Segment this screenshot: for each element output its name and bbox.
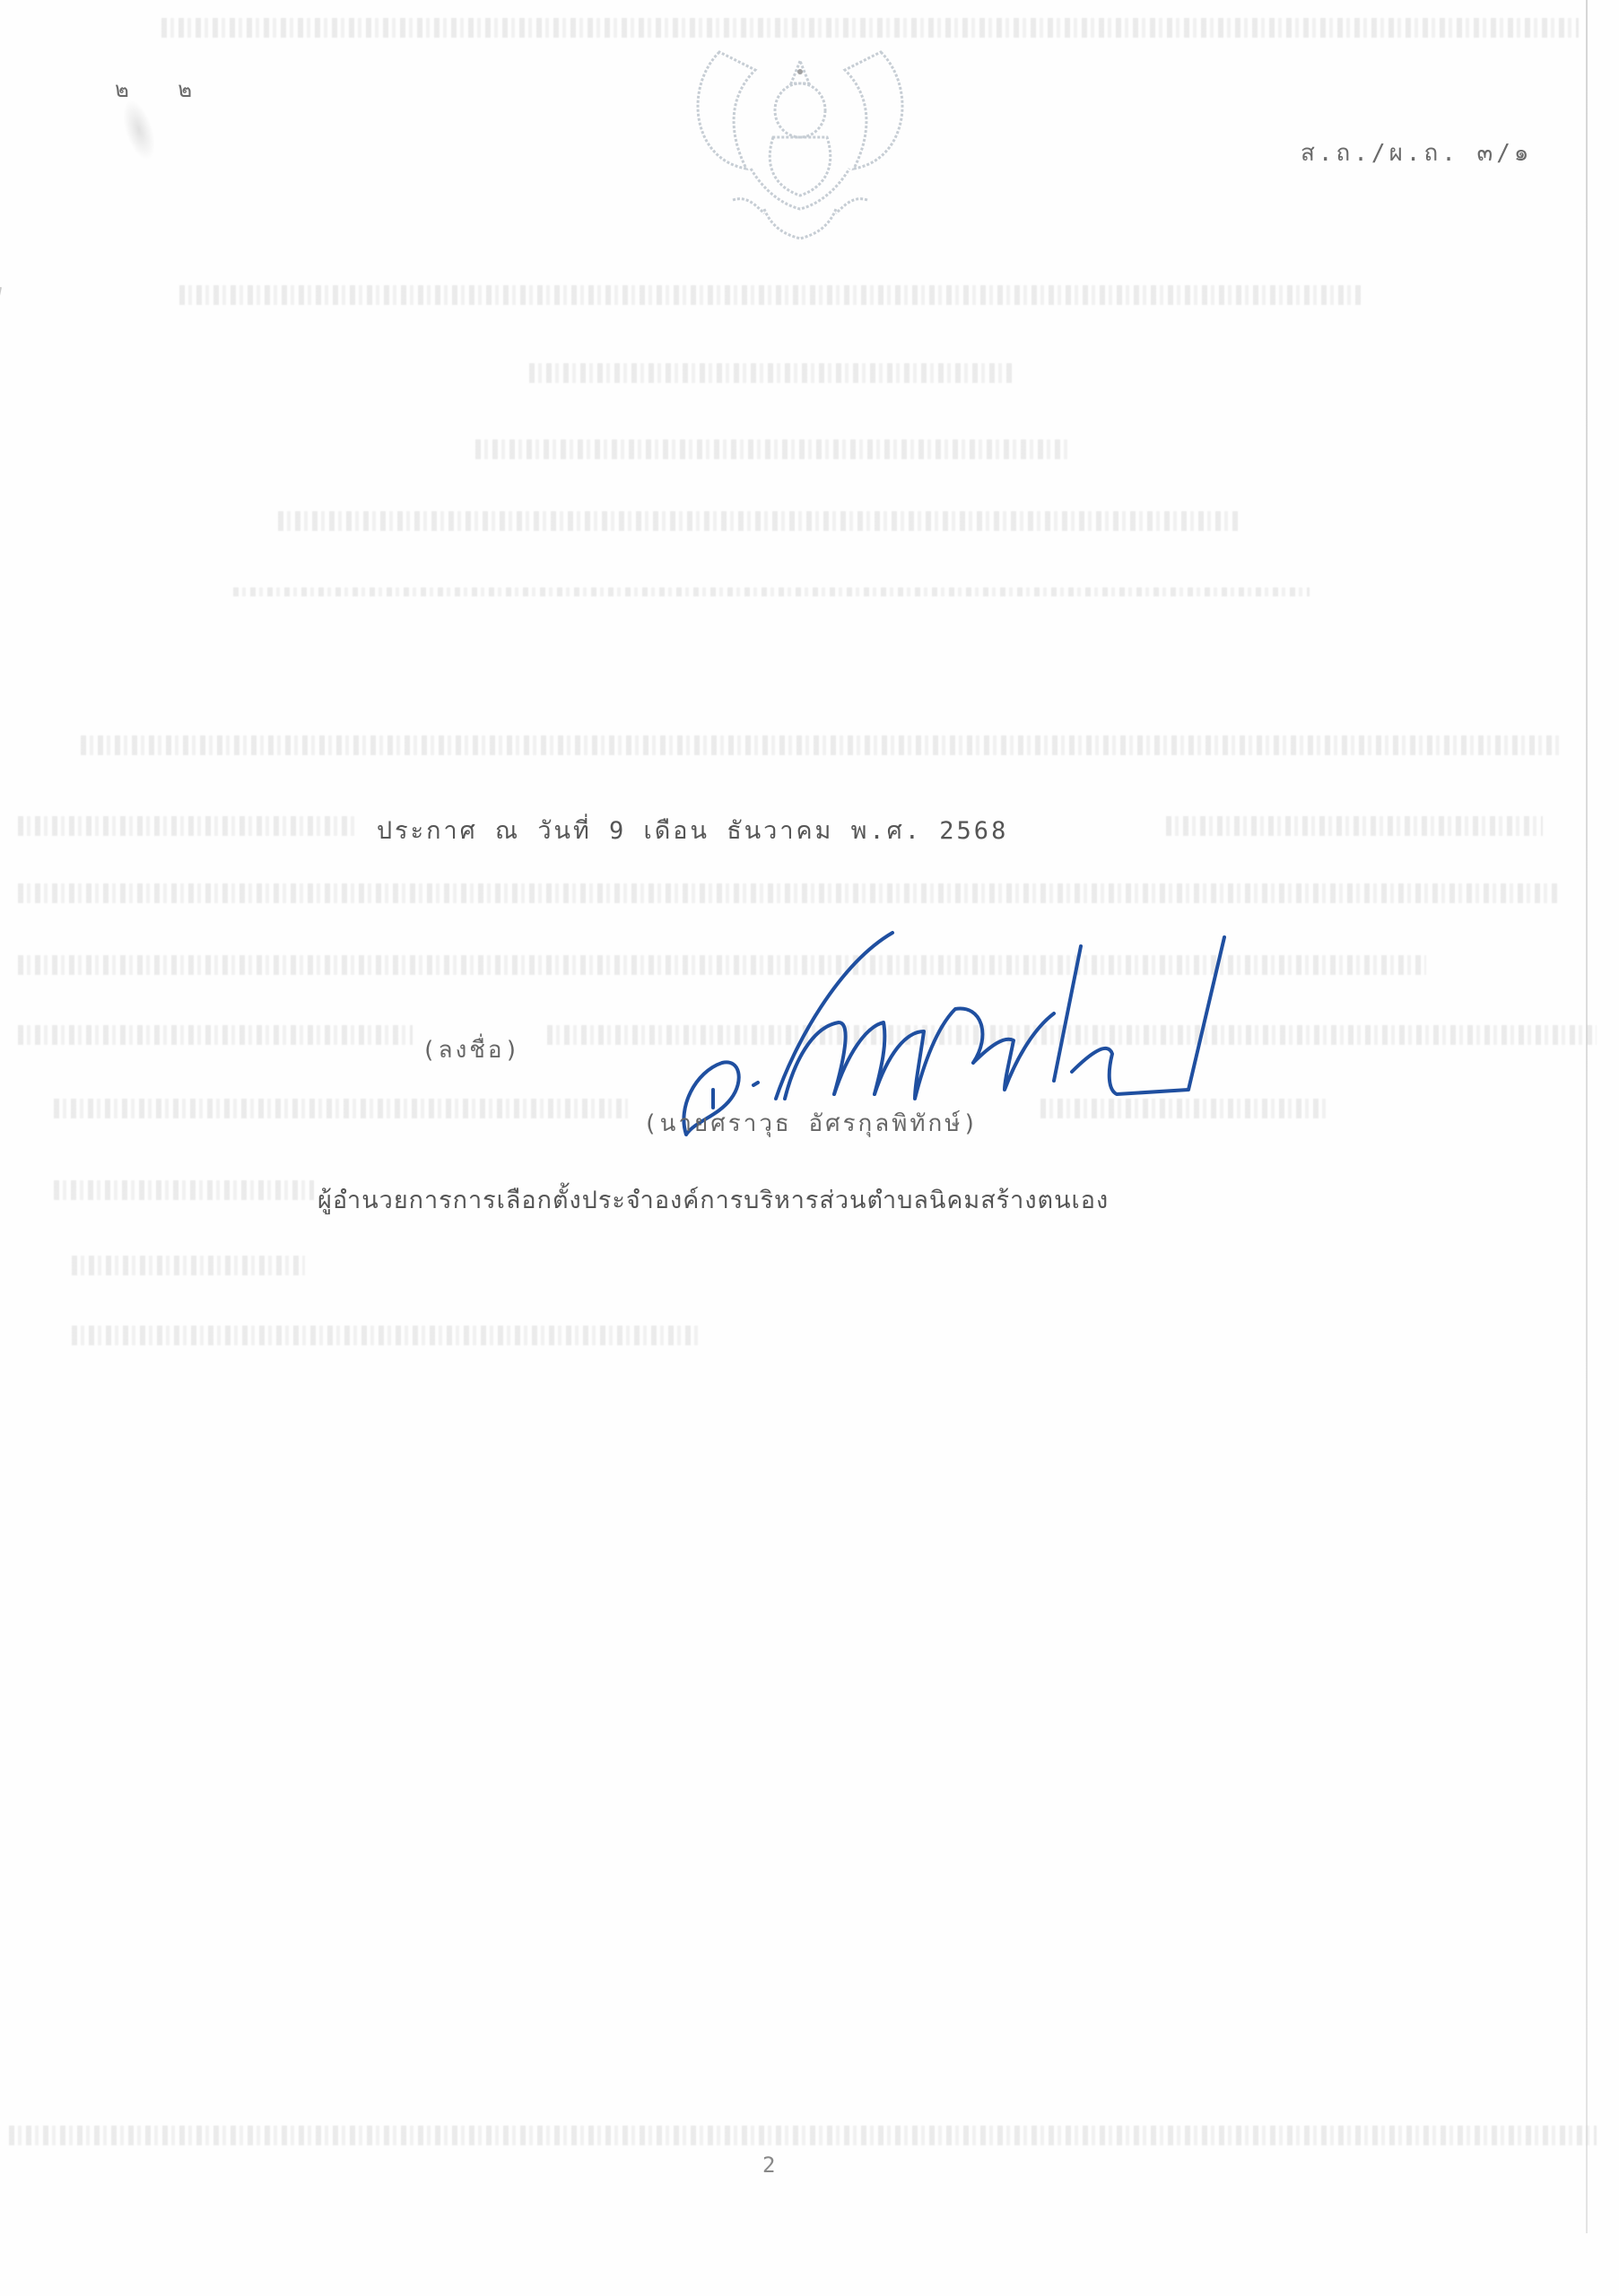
bleed-text-row xyxy=(72,1256,305,1275)
bleed-text-row xyxy=(54,1099,628,1118)
signer-position: ผู้อำนวยการการเลือกตั้งประจำองค์การบริหา… xyxy=(318,1180,1109,1219)
bleed-text-row xyxy=(278,511,1238,531)
bleed-text-row xyxy=(475,439,1067,459)
document-page: ๒ ๒ ส.ถ./ผ.ถ. ๓/๑ ประกาศ ณ วันที่ 9 เดือ… xyxy=(0,0,1619,2296)
page-number-top: ๒ ๒ xyxy=(115,72,210,107)
page-number-bottom: 2 xyxy=(762,2152,775,2178)
form-code: ส.ถ./ผ.ถ. ๓/๑ xyxy=(1301,135,1532,171)
bleed-text-row xyxy=(18,1025,413,1045)
bleed-text-row xyxy=(81,735,1561,755)
fold-line xyxy=(0,287,2,437)
bleed-text-row xyxy=(179,285,1363,305)
scan-edge xyxy=(1586,0,1588,2233)
bleed-text-row xyxy=(233,587,1310,596)
bleed-text-row xyxy=(72,1326,700,1345)
bleed-text-row xyxy=(529,363,1014,383)
bleed-text-row xyxy=(9,2126,1597,2145)
announcement-date: ประกาศ ณ วันที่ 9 เดือน ธันวาคม พ.ศ. 256… xyxy=(377,811,1008,849)
bleed-text-row xyxy=(54,1180,314,1200)
bleed-text-row xyxy=(1166,816,1543,836)
signer-name: (นายศราวุธ อัศรกุลพิทักษ์) xyxy=(643,1105,979,1142)
sign-label: (ลงชื่อ) xyxy=(422,1031,521,1068)
bleed-text-row xyxy=(18,883,1561,903)
bleed-text-row xyxy=(18,816,359,836)
garuda-emblem-icon xyxy=(666,16,935,240)
